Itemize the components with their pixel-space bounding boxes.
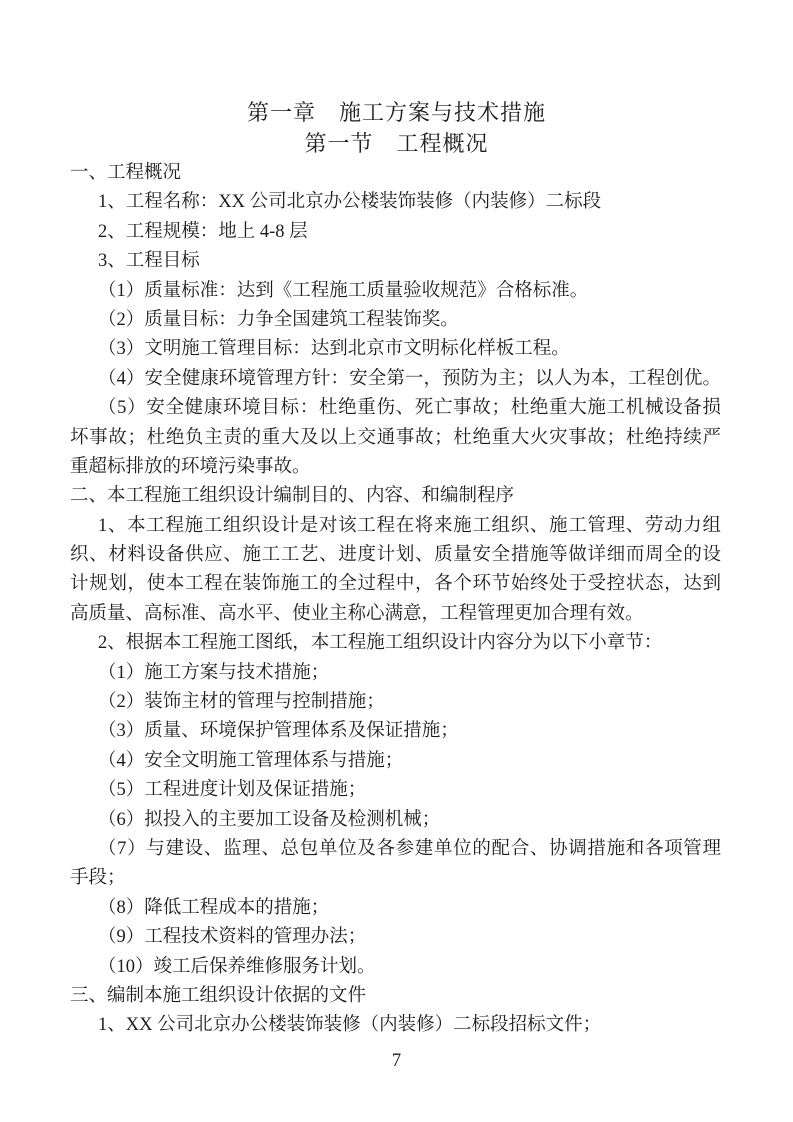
text-line: （8）降低工程成本的措施； xyxy=(70,894,721,923)
text-line: （10）竣工后保养维修服务计划。 xyxy=(70,953,721,982)
text-line: （4）安全文明施工管理体系与措施； xyxy=(70,747,721,776)
text-line: （2）装饰主材的管理与控制措施； xyxy=(70,688,721,717)
text-line: 坏事故；杜绝负主责的重大及以上交通事故；杜绝重大火灾事故；杜绝持续严 xyxy=(70,424,721,453)
text-line: （9）工程技术资料的管理办法； xyxy=(70,923,721,952)
text-line: （1）质量标准：达到《工程施工质量验收规范》合格标准。 xyxy=(70,277,721,306)
text-line: （6）拟投入的主要加工设备及检测机械； xyxy=(70,806,721,835)
document-page: 第一章 施工方案与技术措施 第一节 工程概况 一、工程概况1、工程名称：XX 公… xyxy=(0,0,793,1122)
text-line: 1、本工程施工组织设计是对该工程在将来施工组织、施工管理、劳动力组 xyxy=(70,512,721,541)
document-header: 第一章 施工方案与技术措施 第一节 工程概况 xyxy=(0,0,793,159)
text-line: （5）工程进度计划及保证措施； xyxy=(70,776,721,805)
text-line: 三、编制本施工组织设计依据的文件 xyxy=(70,982,721,1011)
text-line: （4）安全健康环境管理方针：安全第一，预防为主；以人为本，工程创优。 xyxy=(70,365,721,394)
text-line: 重超标排放的环境污染事故。 xyxy=(70,453,721,482)
text-line: 计规划，使本工程在装饰施工的全过程中，各个环节始终处于受控状态，达到 xyxy=(70,570,721,599)
document-body: 一、工程概况1、工程名称：XX 公司北京办公楼装饰装修（内装修）二标段2、工程规… xyxy=(70,159,721,1041)
text-line: 一、工程概况 xyxy=(70,159,721,188)
text-line: （3）质量、环境保护管理体系及保证措施； xyxy=(70,717,721,746)
text-line: 二、本工程施工组织设计编制目的、内容、和编制程序 xyxy=(70,482,721,511)
text-line: （5）安全健康环境目标：杜绝重伤、死亡事故；杜绝重大施工机械设备损 xyxy=(70,394,721,423)
text-line: 2、工程规模：地上 4-8 层 xyxy=(70,218,721,247)
text-line: 高质量、高标准、高水平、使业主称心满意，工程管理更加合理有效。 xyxy=(70,600,721,629)
text-line: 手段； xyxy=(70,864,721,893)
text-line: 2、根据本工程施工图纸，本工程施工组织设计内容分为以下小章节： xyxy=(70,629,721,658)
text-line: （1）施工方案与技术措施； xyxy=(70,659,721,688)
text-line: 1、工程名称：XX 公司北京办公楼装饰装修（内装修）二标段 xyxy=(70,188,721,217)
page-number: 7 xyxy=(0,1047,793,1076)
text-line: （3）文明施工管理目标：达到北京市文明标化样板工程。 xyxy=(70,335,721,364)
text-line: （2）质量目标：力争全国建筑工程装饰奖。 xyxy=(70,306,721,335)
text-line: 3、工程目标 xyxy=(70,247,721,276)
text-line: （7）与建设、监理、总包单位及各参建单位的配合、协调措施和各项管理 xyxy=(70,835,721,864)
text-line: 1、XX 公司北京办公楼装饰装修（内装修）二标段招标文件； xyxy=(70,1011,721,1040)
section-title: 第一节 工程概况 xyxy=(0,128,793,159)
text-line: 织、材料设备供应、施工工艺、进度计划、质量安全措施等做详细而周全的设 xyxy=(70,541,721,570)
chapter-title: 第一章 施工方案与技术措施 xyxy=(0,97,793,128)
